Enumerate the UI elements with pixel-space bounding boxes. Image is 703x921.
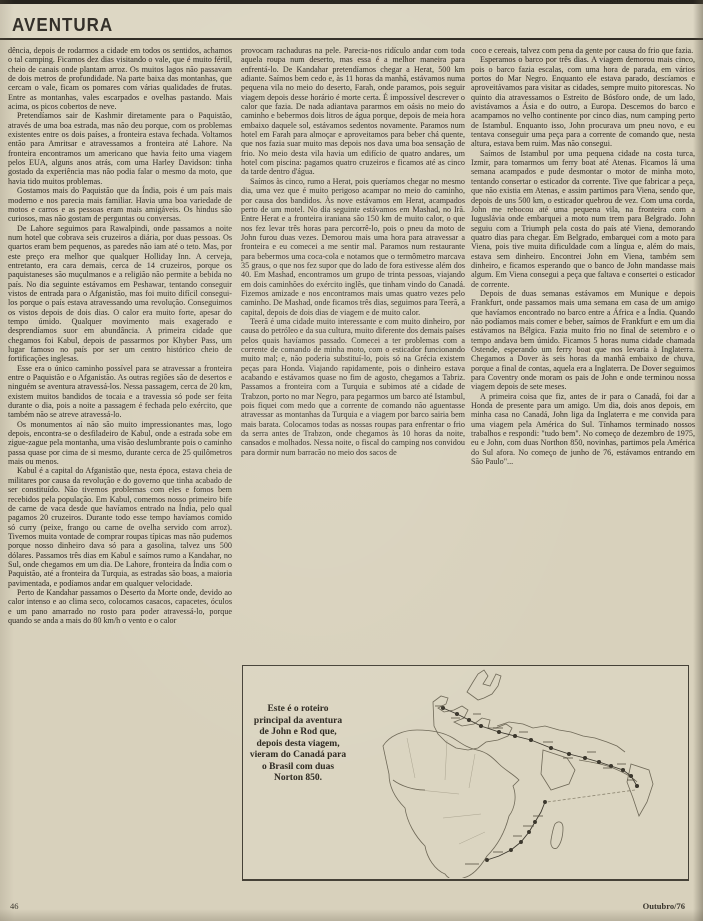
europe-outline [433, 670, 512, 750]
paragraph: Teerã é uma cidade muito interessante e … [241, 317, 465, 457]
text-column-1: dência, depois de rodarmos a cidade em t… [8, 46, 232, 896]
arabia-outline [541, 750, 575, 790]
sea-route-line [547, 790, 635, 802]
madagascar-outline [551, 822, 563, 849]
asia-coast [579, 760, 637, 782]
issue-date: Outubro/76 [643, 901, 685, 911]
paragraph: Pretendíamos sair de Kashmir diretamente… [8, 111, 232, 186]
paragraph: Gostamos mais do Paquistão que da Índia,… [8, 186, 232, 223]
paragraph: provocam rachaduras na pele. Parecia-nos… [241, 46, 465, 177]
map-caption: Este é o roteiro principal da aventura d… [248, 704, 348, 785]
paragraph: Depois de duas semanas estávamos em Muni… [471, 289, 695, 392]
paragraph: A primeira coisa que fiz, antes de ir pa… [471, 392, 695, 467]
paragraph: Saímos de Istambul por uma pequena cidad… [471, 149, 695, 289]
text-column-3: coco e cereais, talvez com pena da gente… [471, 46, 695, 616]
india-outline [627, 764, 653, 816]
magazine-section-header: AVENTURA [0, 4, 703, 38]
route-map [347, 668, 687, 878]
paragraph: Perto de Kandahar passamos o Deserto da … [8, 588, 232, 625]
paragraph: Saímos às cinco, rumo a Herat, pois quer… [241, 177, 465, 317]
text-column-2: provocam rachaduras na pele. Parecia-nos… [241, 46, 465, 658]
paragraph: Os monumentos aí não são muito impressio… [8, 420, 232, 467]
paragraph: dência, depois de rodarmos a cidade em t… [8, 46, 232, 111]
paragraph: coco e cereais, talvez com pena da gente… [471, 46, 695, 55]
guinea-coast [393, 780, 425, 790]
paragraph: De Lahore seguimos para Rawalpindi, onde… [8, 224, 232, 364]
paragraph: Kabul é a capital do Afganistão que, nes… [8, 466, 232, 587]
header-rule [0, 38, 703, 40]
paragraph: Esse era o único caminho possível para s… [8, 364, 232, 420]
section-title: AVENTURA [12, 15, 113, 37]
page-number: 46 [10, 901, 19, 911]
paragraph: Esperamos o barco por três dias. A viage… [471, 55, 695, 148]
route-map-box: Este é o roteiro principal da aventura d… [242, 665, 689, 881]
map-label-marks [435, 706, 635, 864]
